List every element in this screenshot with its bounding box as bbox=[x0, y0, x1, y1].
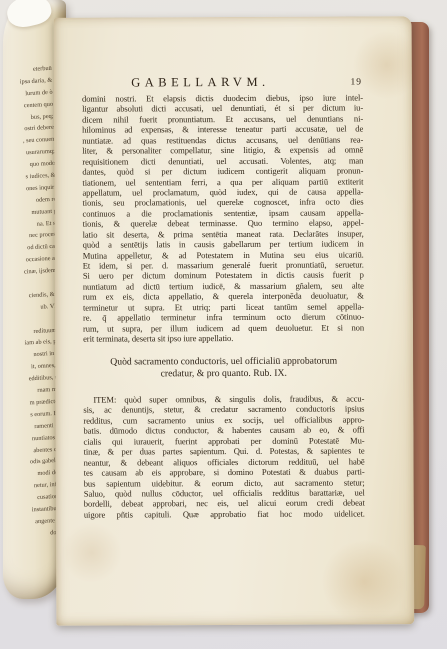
text-line: erit terminata, deserta sit ipso iure ap… bbox=[83, 332, 364, 344]
text-line: re. q̄ appellatio terminetur infra termi… bbox=[83, 312, 364, 324]
text-line: dantes, quòd si per dictum iudicem conti… bbox=[82, 165, 363, 177]
text-line: liter, & personaliter compellatur, sine … bbox=[82, 145, 363, 157]
paragraph-rub-ix-item: ITEM: quòd super omnibus, & singulis dol… bbox=[83, 393, 365, 519]
running-header-title: GABELLARVM. bbox=[82, 75, 319, 91]
text-line: uigore pñtis capituli. Quæ approbatio fi… bbox=[84, 508, 365, 520]
page-number: 19 bbox=[350, 77, 362, 87]
text-line: tionis, & querelæ debeat terminasse. Quo… bbox=[83, 218, 364, 230]
book-page: GABELLARVM. 19 domini nostri. Et elapsis… bbox=[54, 16, 415, 626]
book-photo-scene: eterbuūipsa daria, &lurum de òcentem quo… bbox=[0, 0, 447, 649]
rubric-ix-heading: Quòd sacramento conductoris, uel officia… bbox=[83, 355, 364, 380]
text-line: tinæ, & per duas partes sapientum. Qui. … bbox=[84, 446, 365, 458]
rubric-heading-line: Quòd sacramento conductoris, uel officia… bbox=[83, 355, 364, 368]
paragraph-rub-viii-continuation: domini nostri. Et elapsis dictis duodeci… bbox=[82, 92, 364, 344]
rubric-heading-line: credatur, & pro quanto. Rub. IX. bbox=[83, 367, 364, 380]
running-header: GABELLARVM. 19 bbox=[82, 74, 363, 91]
text-line: rum, ut supra, per illum iudicem ad quem… bbox=[83, 322, 364, 334]
text-line: quòd a sentētijs latis in causis gabella… bbox=[83, 239, 364, 251]
text-line: tes causam ab eis approbare, si domino P… bbox=[84, 466, 365, 478]
